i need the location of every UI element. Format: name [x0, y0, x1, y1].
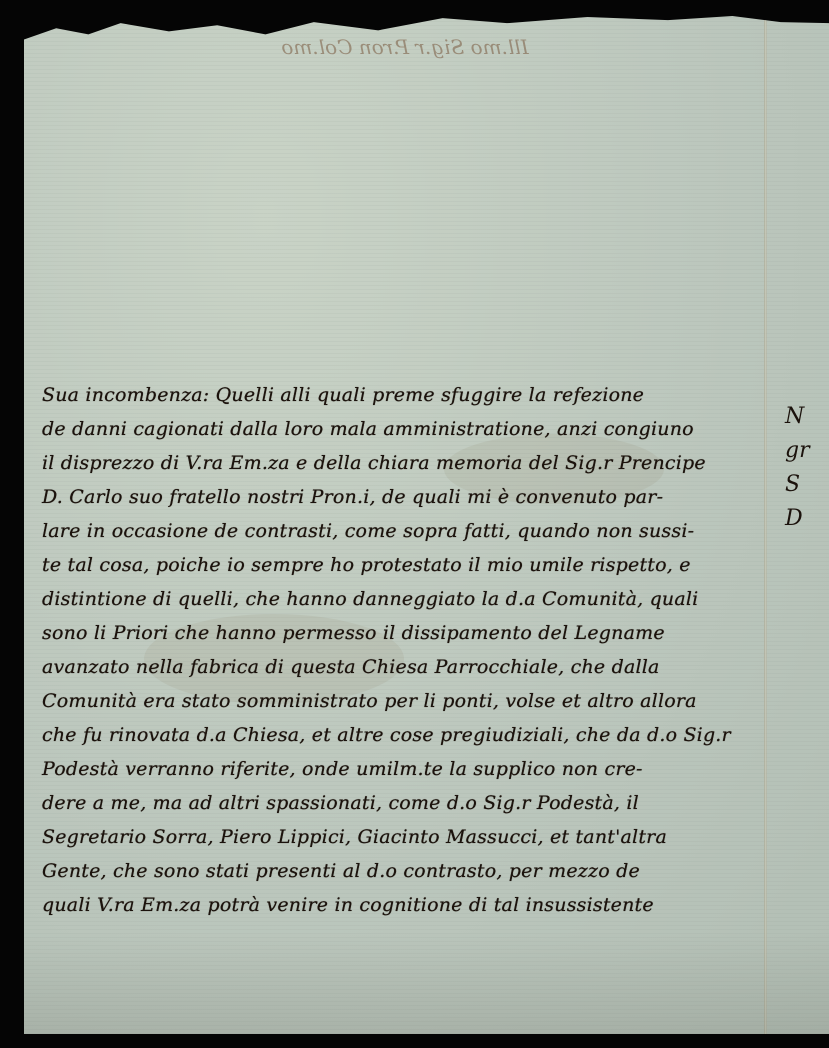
text-line: te tal cosa, poiche io sempre ho protest…	[42, 548, 732, 582]
adjacent-fragment: N	[785, 400, 829, 434]
adjacent-fragment: gr	[785, 434, 829, 468]
text-line: Segretario Sorra, Piero Lippici, Giacint…	[42, 820, 732, 854]
text-line: lare in occasione de contrasti, come sop…	[42, 514, 732, 548]
text-line: che fu rinovata d.a Chiesa, et altre cos…	[42, 718, 732, 752]
text-line: Comunità era stato somministrato per li …	[42, 684, 732, 718]
text-line: Gente, che sono stati presenti al d.o co…	[42, 854, 732, 888]
adjacent-fragment: S	[785, 468, 829, 502]
text-line: Podestà verranno riferite, onde umilm.te…	[42, 752, 732, 786]
handwritten-text-block: Sua incombenza: Quelli alli quali preme …	[42, 378, 732, 922]
text-line: quali V.ra Em.za potrà venire in cogniti…	[42, 888, 732, 922]
adjacent-fragment: D	[785, 502, 829, 536]
text-line: distintione di quelli, che hanno dannegg…	[42, 582, 732, 616]
text-line: de danni cagionati dalla loro mala ammin…	[42, 412, 732, 446]
adjacent-page-fragments: N gr S D	[785, 400, 829, 536]
text-line: il disprezzo di V.ra Em.za e della chiar…	[42, 446, 732, 480]
page-fold-line	[764, 14, 767, 1034]
bleed-through-header: Ill.mo Sig.r P.ron Col.mo	[225, 35, 585, 75]
text-line: sono li Priori che hanno permesso il dis…	[42, 616, 732, 650]
text-line: avanzato nella fabrica di questa Chiesa …	[42, 650, 732, 684]
text-line: D. Carlo suo fratello nostri Pron.i, de …	[42, 480, 732, 514]
text-line: Sua incombenza: Quelli alli quali preme …	[42, 378, 732, 412]
text-line: dere a me, ma ad altri spassionati, come…	[42, 786, 732, 820]
